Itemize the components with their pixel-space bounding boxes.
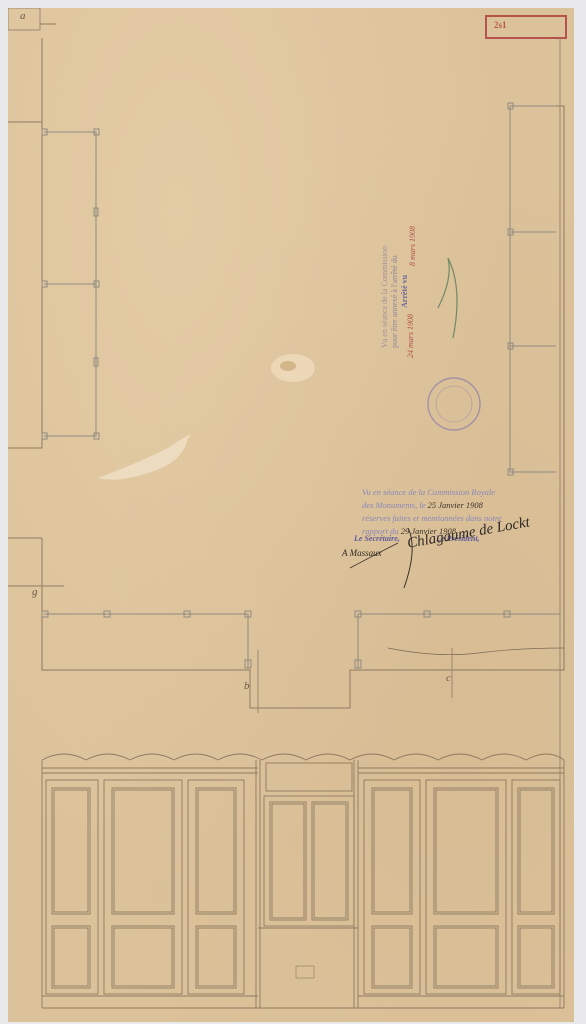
approval-line-2-prefix: des Monuments, le xyxy=(362,500,426,510)
stamp-line-2: pour être annexé à l'arrêté du xyxy=(390,255,399,348)
plan-mark-c: c xyxy=(446,672,451,684)
plan-mark-b: b xyxy=(244,680,250,692)
secretary-signature: A Massaux xyxy=(342,548,382,558)
approval-date-1: 25 Janvier 1908 xyxy=(428,500,483,510)
sheet-number-stamp: 2s1 xyxy=(494,20,507,30)
stamp-date-red-1: 24 mars 1908 xyxy=(406,314,415,358)
drawing-sheet: a 2s1 g b c Vu en séance de la Commissio… xyxy=(8,8,574,1022)
sheet-mark-a: a xyxy=(20,10,26,22)
approval-line-3: réserves faites et mentionnées dans notr… xyxy=(362,512,562,525)
plan-mark-g: g xyxy=(32,586,38,598)
approval-line-1: Vu en séance de la Commission Royale xyxy=(362,486,562,499)
stamp-date-red-2: 8 mars 1908 xyxy=(408,226,417,266)
secretary-label: Le Secrétaire, xyxy=(354,534,400,543)
stamp-line-1: Vu en séance de la Commission xyxy=(380,246,389,348)
approval-line-2: des Monuments, le 25 Janvier 1908 xyxy=(362,499,562,512)
stamp-line-3: Arrêté vu xyxy=(400,275,409,308)
